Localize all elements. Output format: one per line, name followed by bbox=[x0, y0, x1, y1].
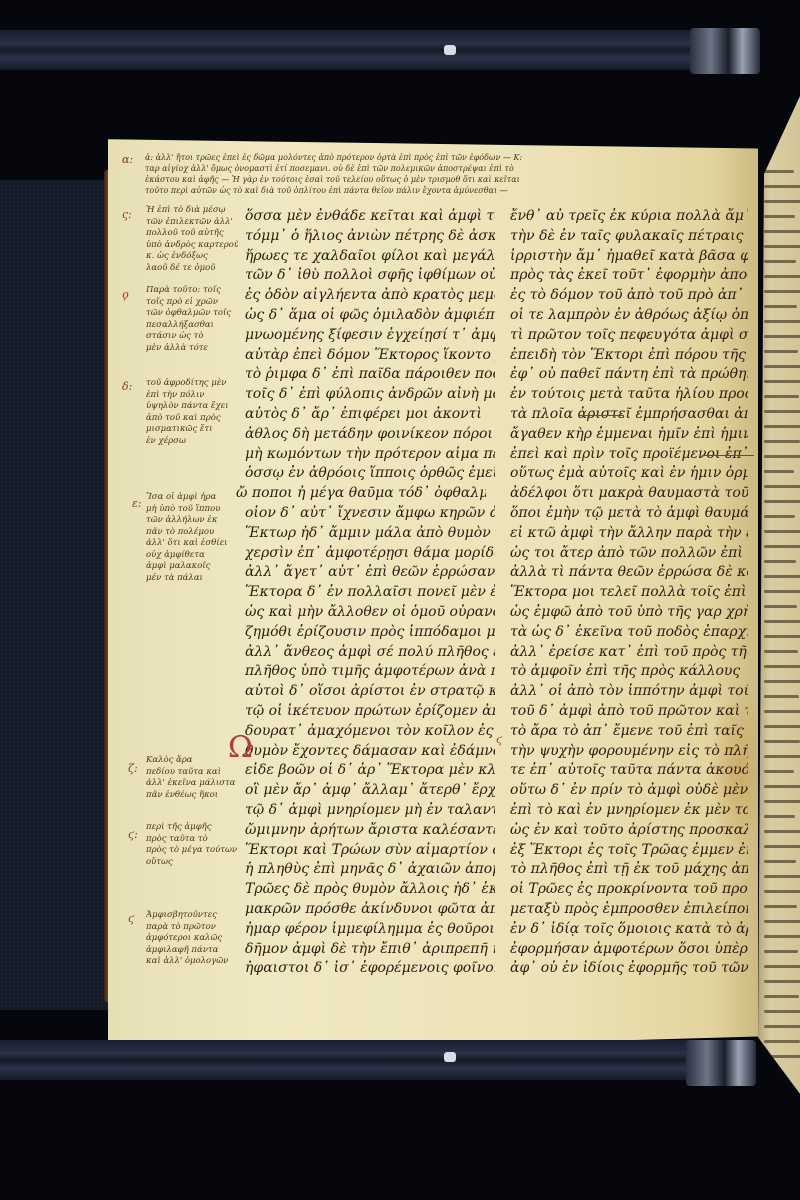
facing-text-line bbox=[764, 995, 799, 998]
facing-text-line bbox=[764, 785, 800, 788]
text-line: ἐπὶ τὸ καὶ ἐν μνηρίομεν ἐκ μὲν τοῦ ὁμοίο… bbox=[510, 802, 748, 818]
text-line: ἀδέλφοι ὅτι μακρὰ θαυμαστὰ τοῦτο πρὸς ἀπ… bbox=[510, 485, 748, 501]
text-line: τὴν δὲ ἐν ταῖς φυλακαῖς πέτραις ἀπολυθεί… bbox=[510, 228, 748, 244]
gloss-line: οὐχ ἀμφίθετα bbox=[146, 550, 238, 560]
text-line: ἐπειδὴ τὸν Ἕκτορι ἐπὶ πόρου τῆς τοῦ ἀμφὶ bbox=[510, 347, 748, 363]
text-line: ὤμιμνην ἀρήτων ἄριστα καλέσαντες bbox=[245, 822, 495, 838]
gloss-line: Παρὰ τοῦτο: τοῖς bbox=[146, 285, 238, 295]
text-line: ἀλλὰ τὶ πάντα θεῶν ἐρρώσα δὲ καὶ ἰσωτὸν bbox=[510, 564, 748, 580]
felt-support bbox=[0, 180, 112, 1010]
text-line: Ἕκτορα δ᾽ ἐν πολλαῖσι πονεῖ μὲν ἐν ἔλευθ… bbox=[245, 584, 495, 600]
text-line: οἶον δ᾽ αὐτ᾽ ἴχνεσιν ἄμφω κηρῶν ἀλύξας bbox=[245, 505, 495, 521]
metal-clamp-top bbox=[690, 28, 760, 74]
facing-text-line bbox=[764, 1010, 800, 1013]
text-line: τῷ οἱ ἱκέτευον πρώτων ἐρίζομεν ἀπ᾽ ἀσπίδ… bbox=[245, 703, 495, 719]
text-line: ἐς ὁδὸν αἰγλήεντα ἀπὸ κρατὸς μεμαῶτες bbox=[245, 287, 495, 303]
text-line: ὅποι ἐμὴν τῷ μετὰ τὸ ἀμφὶ θαυμάζουσιν bbox=[510, 505, 748, 521]
facing-text-line bbox=[764, 575, 800, 578]
gloss-line: ἀπὸ τοῦ καὶ πρὸς bbox=[146, 413, 238, 423]
facing-text-line bbox=[764, 650, 798, 653]
gloss-line: στάσιν ὡς τὸ bbox=[146, 331, 238, 341]
text-line: τὸ πλῆθος ἐπὶ τῇ ἐκ τοῦ μάχης ἀπομηρύχων bbox=[510, 861, 748, 877]
facing-text-line bbox=[764, 320, 800, 323]
text-line: τὰ πλοῖα ἀριστεῖ ἐμπρήσασθαι ἀπὸ ἄμφοι bbox=[510, 406, 748, 422]
text-line: ἀλλ᾽ οἱ ἀπὸ τὸν ἱππότην ἀμφὶ τοῦ ἐμπρέπε… bbox=[510, 683, 748, 699]
text-line: τὸ ἄρα τὸ ἀπ᾽ ἔμενε τοῦ ἐπὶ ταῖς μὲν πρὸ… bbox=[510, 723, 748, 739]
margin-marker: ζ: bbox=[128, 762, 138, 775]
text-line: εἰ κτῶ ἀμφὶ τὴν ἄλλην παρὰ τὴν ἐκ τῶν bbox=[510, 525, 748, 541]
text-line: ὡς δ᾽ ἅμα οἱ φῶς ὁμιλαδὸν ἀμφιέπουσι bbox=[245, 307, 495, 323]
facing-text-line bbox=[764, 425, 800, 428]
text-line: οὕτως ἐμὰ αὐτοῖς καὶ ἐν ἡμιν ὁρμῆς τίσιν bbox=[510, 465, 748, 481]
text-line: Ἕκτορα μοι τελεῖ πολλὰ τοῖς ἐπὶ μίου bbox=[510, 584, 748, 600]
gloss-line: μισματικῶς ἔτι bbox=[146, 424, 238, 434]
text-line: αὐτὸς δ᾽ ἄρ᾽ ἐπιφέρει μοι ἀκοντὶ bbox=[245, 406, 495, 422]
gloss-line: ὑψηλὸν πάντα ἔχει bbox=[146, 401, 238, 411]
gloss-line: πᾶν τὸ πολέμου bbox=[146, 527, 238, 537]
text-line: ἀθλος δὴ μετάδην φοινίκεον πόροι σας bbox=[245, 426, 495, 442]
facing-text-line bbox=[764, 860, 796, 863]
text-line: ἐς τὸ δόμον τοῦ ἀπὸ τοῦ πρὸ ἀπ᾽ ἐπὶ τὸ π… bbox=[510, 287, 748, 303]
text-line: πρὸς τὰς ἐκεῖ τοῦτ᾽ ἐφορμὴν ἀποσπῆ μεθα bbox=[510, 267, 748, 283]
text-line: ἥρωες τε χαλδαῖοι φίλοι καὶ μεγάλοι οἶμο… bbox=[245, 248, 495, 264]
text-line: μνωομένης ξίφεσιν ἐγχείῃσί τ᾽ ἀμφιγύοισι… bbox=[245, 327, 495, 343]
gloss-line: ἀμφιλαφῆ πάντα bbox=[146, 945, 238, 955]
text-line: αὐτοὶ δ᾽ οἵσοι ἀρίστοι ἐν στρατῷ κλονέου… bbox=[245, 683, 495, 699]
facing-text-line bbox=[764, 920, 800, 923]
facing-text-line bbox=[764, 500, 800, 503]
gloss-line: Ἀμφισβητοῦντες bbox=[146, 910, 238, 920]
text-line: εἶδε βοῶν οἱ δ᾽ ἀρ᾽ Ἕκτορα μὲν κλυομένων… bbox=[245, 762, 495, 778]
rail-clip-bottom bbox=[444, 1052, 456, 1062]
gloss-line: περὶ τῆς ἀμφῆς bbox=[146, 822, 238, 832]
gloss-line: μέν τὰ πάλαι bbox=[146, 573, 238, 583]
facing-text-line bbox=[764, 290, 800, 293]
facing-text-line bbox=[764, 365, 800, 368]
text-line: ἡ πληθὺς ἐπὶ μηνᾶς δ᾽ ἀχαιῶν ἀπομύθοντο bbox=[245, 861, 495, 877]
gloss-line: Ἴσα οἱ ἀμφὶ ἦρα bbox=[146, 492, 238, 502]
text-line: Ἕκτωρ ἠδ᾽ ἄμμιν μάλα ἀπὸ θυμὸν ἴκανεν bbox=[245, 525, 495, 541]
gloss-line: τῶν ἐπιλεκτῶν ἀλλ' bbox=[146, 217, 238, 227]
text-line: πλῆθος ὑπὸ τιμῆς ἀμφοτέρων ἀνὰ πεδίον bbox=[245, 663, 495, 679]
gloss-line: ἀμφὶ μαλακοῖς bbox=[146, 561, 238, 571]
text-line: τὶ πρῶτον τοῖς πεφευγότα ἀμφὶ σφίσιν bbox=[510, 327, 748, 343]
text-line: τόμμ᾽ ὁ ἥλιος ἀνιὼν πέτρης δὲ ἀσκίου ἄλη bbox=[245, 228, 495, 244]
text-line: ζημόθι ἐρίζουσιν πρὸς ἱππόδαμοι μεμαῶτες bbox=[245, 624, 495, 640]
facing-text-line bbox=[764, 215, 795, 218]
text-line: ὅσσα μὲν ἐνθάδε κεῖται καὶ ἀμφὶ τὰ ἄγροι… bbox=[245, 208, 495, 224]
text-line: ἀφ᾽ οὗ ἐν ἰδίοις ἐφορμῆς τοῦ τῶν ἀμφῶν bbox=[510, 960, 748, 976]
margin-marker: ϛ: bbox=[128, 828, 138, 841]
gloss-line: ἐπὶ τὴν πόλιν bbox=[146, 390, 238, 400]
facing-text-line bbox=[764, 245, 800, 248]
facing-text-line bbox=[764, 905, 797, 908]
gloss-line: πᾶν ἐνθέως ἥκοι bbox=[146, 790, 238, 800]
text-line: δῆμον ἀμφὶ δὲ τὴν ἔπιθ᾽ ἀριπρεπῆ ἦμαρ χα… bbox=[245, 941, 495, 957]
gloss-line: ἀλλ' ἐκεῖνα μάλιστα bbox=[146, 778, 238, 788]
gloss-line: ὑπὸ ἀνδρὸς καρτεροῦ bbox=[146, 240, 238, 250]
gloss-line: καὶ ἀλλ' ὁμολογῶν bbox=[146, 956, 238, 966]
gloss-line: τῶν ἀλλήλων ἐκ bbox=[146, 515, 238, 525]
facing-text-line bbox=[764, 965, 800, 968]
gloss-line: Καλὸς ἄρα bbox=[146, 755, 238, 765]
gloss-line: λαοῦ δέ τε ὁμοῦ bbox=[146, 263, 238, 273]
facing-text-line bbox=[764, 845, 800, 848]
facing-text-line bbox=[764, 935, 800, 938]
facing-text-line bbox=[764, 950, 798, 953]
text-line: ἔνθ᾽ αὖ τρεῖς ἐκ κύρια πολλὰ ἄμ᾽ αὐτὸν ἀ… bbox=[510, 208, 748, 224]
text-line: ἀλλ᾽ ἄνθεος ἀμφὶ σέ πολύ πλῆθος ἐπιόντος bbox=[245, 644, 495, 660]
facing-text-line bbox=[764, 515, 795, 518]
scholia-line: ἐκάστου καὶ ἀφῆς — Ἠ γὰρ ἐν τούτοις ἐσαὶ… bbox=[145, 175, 745, 185]
gloss-line: ἀμφότεροι καλῶς bbox=[146, 933, 238, 943]
facing-text-line bbox=[764, 875, 800, 878]
text-line: ἐν δ᾽ ἰδίᾳ τοῖς ὅμοιοις κατὰ τὸ ἀρματεῖν bbox=[510, 921, 748, 937]
facing-text-line bbox=[764, 725, 800, 728]
text-line: ὁσσῳ ἐν ἀθρόοις ἵπποις ὀρθῶς ἐμεῖ πάντη bbox=[245, 465, 495, 481]
text-line: ὡς τοι ἄτερ ἀπὸ τῶν πολλῶν ἐπὶ τρώων bbox=[510, 545, 748, 561]
facing-text-line bbox=[764, 185, 800, 188]
rail-clip-top bbox=[444, 45, 456, 55]
facing-text-line bbox=[764, 1040, 800, 1043]
facing-text-line bbox=[764, 665, 800, 668]
gloss-line: ἀλλ' ὅτι καὶ ἐσθίει bbox=[146, 538, 238, 548]
gloss-line: οὕτως bbox=[146, 857, 238, 867]
facing-text-line bbox=[764, 470, 794, 473]
text-line: τῷ δ᾽ ἀμφὶ μνηρίομεν μὴ ἐν ταλαντα ἀρῃ bbox=[245, 802, 495, 818]
gloss-line: μὲν ἀλλὰ τότε bbox=[146, 343, 238, 353]
facing-text-line bbox=[764, 260, 796, 263]
text-line: ἀλλ᾽ ἐρείσε κατ᾽ ἐπὶ τοῦ πρὸς τῆς ἐγκαίρ… bbox=[510, 644, 748, 660]
gloss-line: πρὸς τὸ μέγα τούτων bbox=[146, 845, 238, 855]
facing-text-line bbox=[764, 1025, 800, 1028]
gloss-line: πεδίου ταῦτα καὶ bbox=[146, 767, 238, 777]
facing-text-line bbox=[764, 830, 800, 833]
scholia-line: ἀ: ἀλλ' ἤτοι τρῶες ἐπεὶ ἐς δῶμα μολόντες… bbox=[145, 153, 745, 163]
facing-text-line bbox=[764, 605, 797, 608]
text-line: ἄγαθεν κὴρ ἐμμεναι ἡμῖν ἐπὶ ἡμιν ὁρμῶ bbox=[510, 426, 748, 442]
facing-text-line bbox=[764, 1055, 800, 1058]
gloss-line: ἐν χέρσω bbox=[146, 436, 238, 446]
margin-marker: ϙ bbox=[122, 288, 129, 301]
gloss-line: μὴ ὑπὸ τοῦ ἵππου bbox=[146, 504, 238, 514]
text-line: τὸ ἀμφοῖν ἐπὶ τῆς πρὸς κάλλους bbox=[510, 663, 748, 679]
text-line: ὡς ἐν καὶ τοῦτο ἀρίστης προσκαλεῖσθαι bbox=[510, 822, 748, 838]
margin-marker: ς: bbox=[122, 208, 132, 221]
gloss-line: πεσαλλήξασθαι bbox=[146, 320, 238, 330]
text-line: μὴ κωμόντων τὴν πρότερον αἷμα περὶ μόθον bbox=[245, 446, 495, 462]
facing-text-line bbox=[764, 770, 794, 773]
facing-text-line bbox=[764, 635, 800, 638]
margin-marker: ε: bbox=[132, 497, 142, 510]
gloss-line: παρὰ τὸ πρῶτον bbox=[146, 922, 238, 932]
cradle-rail-top bbox=[0, 30, 700, 70]
text-line: οὕτω δ᾽ ἐν πρίν τὸ ἀμφὶ οὐδὲ μὲν βασιλεὺ… bbox=[510, 782, 748, 798]
text-line: ὡς καὶ μὴν ἄλλοθεν οἱ ὁμοῦ οὐρανὸς ἔρρει bbox=[245, 604, 495, 620]
red-underline-2 bbox=[702, 455, 754, 456]
text-line: ὤ ποποι ἦ μέγα θαῦμα τόδ᾽ ὀφθαλμοῖσιν ὁρ… bbox=[236, 485, 486, 501]
facing-text-line bbox=[764, 440, 800, 443]
facing-text-line bbox=[764, 560, 796, 563]
text-line: μεταξὺ πρὸς ἐμπροσθεν ἐπιλείποντα bbox=[510, 901, 748, 917]
scholia-line: τοῦτο περὶ αὐτῶν ὡς τὸ καὶ διὰ τοῦ ὁπλίτ… bbox=[145, 186, 745, 196]
margin-marker: ϛ bbox=[496, 733, 502, 746]
text-line: τε ἐπ᾽ αὐτοῖς ταῦτα πάντα ἀκουόμενος ἐπὶ… bbox=[510, 762, 748, 778]
facing-page-edge bbox=[752, 70, 800, 1110]
text-line: Ἕκτορι καὶ Τρώων σὺν αἰμαρτίον αὐτοῖσιν bbox=[245, 842, 495, 858]
margin-marker: α: bbox=[122, 153, 133, 166]
text-line: ἐφ᾽ οὐ παθεῖ πάντη ἐπὶ τὰ πρώθην καί ἀπο… bbox=[510, 366, 748, 382]
text-line: ἦμαρ φέρον ἱμμεφίλημμα ἐς θοῦροι bbox=[245, 921, 495, 937]
facing-text-line bbox=[764, 710, 800, 713]
facing-text-line bbox=[764, 755, 800, 758]
text-line: Τρῶες δὲ πρὸς θυμὸν ἄλλοις ἠδ᾽ ἑκάτερθ᾽ bbox=[245, 881, 495, 897]
text-line: τὰ ὡς δ᾽ ἐκεῖνα τοῦ ποδὸς ἐπαρχῆς καὶ bbox=[510, 624, 748, 640]
text-line: ἐξ Ἕκτορι ἐς τοῖς Τρῶας ἐμμεν ἐν ὅπλοισι bbox=[510, 842, 748, 858]
gloss-line: πρὸς ταῦτα τὸ bbox=[146, 834, 238, 844]
facing-text-line bbox=[764, 980, 800, 983]
margin-marker: δ: bbox=[122, 380, 132, 393]
facing-text-line bbox=[764, 275, 800, 278]
text-line: ἐπεὶ καὶ πρὶν τοῖς προϊέμενοι ἐπ᾽ ἀλλήλο… bbox=[510, 446, 748, 462]
facing-text-line bbox=[764, 680, 800, 683]
text-line: ἰρριστὴν ἄμ᾽ ἠμαθεῖ κατὰ βᾶσα φυρὰ μεμαῶ… bbox=[510, 248, 748, 264]
facing-text-line bbox=[764, 395, 799, 398]
facing-text-line bbox=[764, 485, 800, 488]
facing-text-line bbox=[764, 800, 800, 803]
margin-marker: ϛ bbox=[128, 912, 134, 925]
metal-clamp-bottom bbox=[686, 1040, 756, 1086]
text-line: ἐν τούτοις μετὰ ταῦτα ἡλίου προσθέα bbox=[510, 386, 748, 402]
facing-text-line bbox=[764, 590, 800, 593]
text-line: ἀλλ᾽ ἄγετ᾽ αὖτ᾽ ἐπὶ θεῶν ἐρρώσαντες ἰσσά… bbox=[245, 564, 495, 580]
cradle-rail-bottom bbox=[0, 1040, 700, 1080]
facing-text-line bbox=[764, 410, 800, 413]
scholia-line: ταρ αἰγίοχ ἀλλ' ὅμως ὀνομαστὶ ἐτί ποσεμα… bbox=[145, 164, 745, 174]
text-line: χερσὶν ἐπ᾽ ἀμφοτέρῃσι θάμα μορίδανον bbox=[245, 545, 495, 561]
facing-text-line bbox=[764, 305, 797, 308]
gloss-line: τῶν ὀφθαλμῶν τοῖς bbox=[146, 308, 238, 318]
facing-text-line bbox=[764, 380, 800, 383]
text-line: οἳ μὲν ἄρ᾽ ἀμφ᾽ ἄλλαμ᾽ ἄτερθ᾽ ἔρχομένη ἀ… bbox=[245, 782, 495, 798]
text-line: δουρατ᾽ ἀμαχόμενοι τὸν κοῖλον ἐς μεμαῶτ᾽ bbox=[245, 723, 495, 739]
text-line: ὡς ἐμφῶ ἀπὸ τοῦ ὑπὸ τῆς γαρ χρὴ bbox=[510, 604, 748, 620]
facing-text-line bbox=[764, 530, 800, 533]
gloss-line: Ἡ ἐπὶ τὸ διὰ μέσῳ bbox=[146, 205, 238, 215]
text-line: μακρῶν πρόσθε ἀκίνδυνοι φῶτα ἀπ᾽ ἄλλων bbox=[245, 901, 495, 917]
facing-text-line bbox=[764, 335, 800, 338]
text-line: τὸ ῥιμφα δ᾽ ἐπὶ παῖδα πάροιθεν ποσὶ κατὰ… bbox=[245, 366, 495, 382]
text-line: οἱ Τρῶες ἐς προκρίνοντα τοῦ προσκῆπε bbox=[510, 881, 748, 897]
facing-text-line bbox=[764, 890, 800, 893]
text-line: τοῖς δ᾽ ἐπὶ φύλοπις ἀνδρῶν αἰνὴ μαχέοντο bbox=[245, 386, 495, 402]
text-line: ἠφαιστοι δ᾽ ἰσ᾽ ἐφορέμενοις φοῖνον ἀμαρῶ… bbox=[245, 960, 495, 976]
facing-text-line bbox=[764, 545, 800, 548]
text-line: αὐτὰρ ἐπεὶ δόμον Ἕκτορος ἵκοντο χαλκοῦ bbox=[245, 347, 495, 363]
text-line: τοῦ δ᾽ ἀμφὶ ἀπὸ τοῦ πρῶτον καὶ τοῦ ἐνυρῶ bbox=[510, 703, 748, 719]
text-line: οἱ τε λαμπρὸν ἐν ἀθρόως ἀξίῳ ὁπη κοῦσθε bbox=[510, 307, 748, 323]
gloss-line: κ. ὡς ἐνδόξως bbox=[146, 251, 238, 261]
red-underline-1 bbox=[578, 415, 624, 416]
facing-text-line bbox=[764, 455, 800, 458]
gloss-line: τοῦ ἀφροδίτης μὲν bbox=[146, 378, 238, 388]
gloss-line: πολλοῦ τοῦ αὐτῆς bbox=[146, 228, 238, 238]
facing-text-line bbox=[764, 620, 800, 623]
text-line: ἐφορμήσαν ἀμφοτέρων ὅσοι ὑπὲρ πρὸς ἀμφὶ bbox=[510, 941, 748, 957]
text-line: τὴν ψυχὴν φορουμένην εἰς τὸ πλῆθος ἄρα bbox=[510, 743, 748, 759]
facing-text-line bbox=[764, 170, 794, 173]
facing-text-line bbox=[764, 815, 795, 818]
facing-text-line bbox=[764, 350, 798, 353]
facing-text-line bbox=[764, 740, 800, 743]
facing-text-line bbox=[764, 200, 800, 203]
text-line: θυμὸν ἔχοντες δάμασαν καὶ ἐδάμνατο μέγ᾽ bbox=[245, 743, 495, 759]
text-line: τῶν δ᾽ ἰθὺ πολλοὶ σφῆς ἰφθίμων οὐ περ μό… bbox=[245, 267, 495, 283]
facing-text-line bbox=[764, 695, 799, 698]
gloss-line: τοῖς πρὸ εἰ χρῶν bbox=[146, 297, 238, 307]
facing-text-line bbox=[764, 230, 800, 233]
rubricated-initial: Ω bbox=[228, 730, 253, 765]
